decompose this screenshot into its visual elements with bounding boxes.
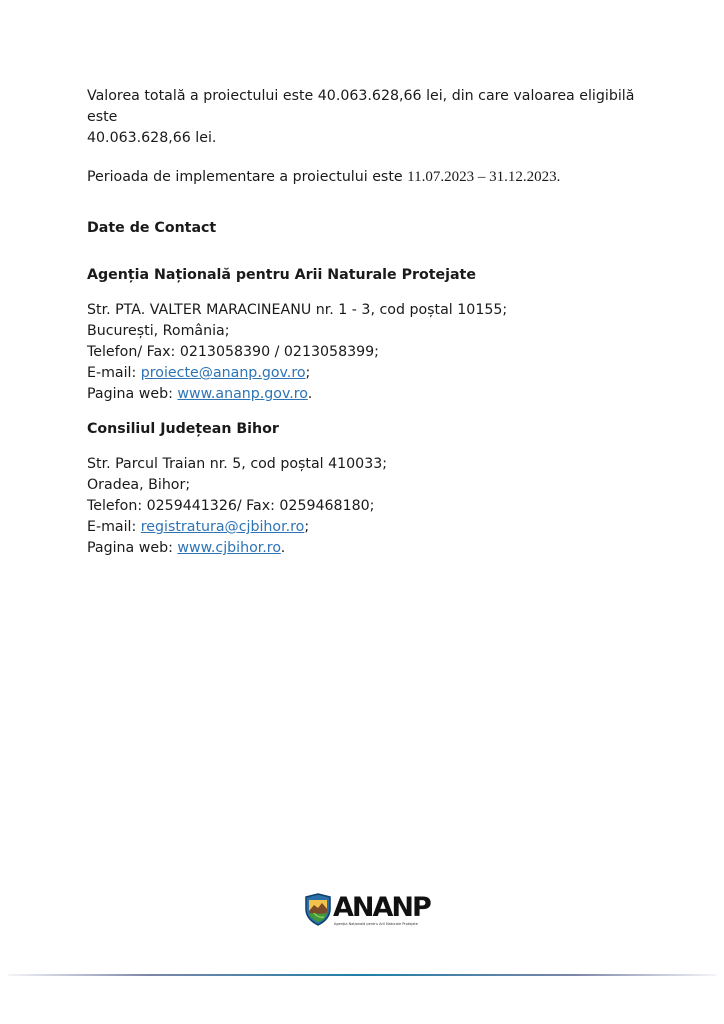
org-phone: Telefon: 0259441326/ Fax: 0259468180; <box>87 496 647 517</box>
email-link[interactable]: registratura@cjbihor.ro <box>141 519 305 535</box>
contact-block-cjbihor: Consiliul Județean Bihor Str. Parcul Tra… <box>87 419 647 559</box>
period-value: 11.07.2023 – 31.12.2023. <box>407 169 560 185</box>
web-link[interactable]: www.cjbihor.ro <box>177 540 280 556</box>
org-web-line: Pagina web: www.ananp.gov.ro. <box>87 384 647 405</box>
footer-divider <box>8 974 716 976</box>
contact-heading: Date de Contact <box>87 218 647 239</box>
contact-block-ananp: Agenția Națională pentru Arii Naturale P… <box>87 265 647 405</box>
org-address: Str. PTA. VALTER MARACINEANU nr. 1 - 3, … <box>87 300 647 321</box>
org-address: Str. Parcul Traian nr. 5, cod poștal 410… <box>87 454 647 475</box>
project-value-line1: Valorea totală a proiectului este 40.063… <box>87 86 647 128</box>
email-label: E-mail: <box>87 365 141 381</box>
org-city: Oradea, Bihor; <box>87 475 647 496</box>
email-label: E-mail: <box>87 519 141 535</box>
ananp-logo: ANANP Agenția Națională pentru Arii Natu… <box>304 893 424 929</box>
org-phone: Telefon/ Fax: 0213058390 / 0213058399; <box>87 342 647 363</box>
org-email-line: E-mail: proiecte@ananp.gov.ro; <box>87 363 647 384</box>
period-prefix: Perioada de implementare a proiectului e… <box>87 169 407 185</box>
logo-wordmark: ANANP <box>333 893 430 923</box>
org-web-line: Pagina web: www.cjbihor.ro. <box>87 538 647 559</box>
implementation-period: Perioada de implementare a proiectului e… <box>87 167 647 188</box>
org-name: Agenția Națională pentru Arii Naturale P… <box>87 265 647 286</box>
org-city: București, România; <box>87 321 647 342</box>
web-link[interactable]: www.ananp.gov.ro <box>177 386 307 402</box>
email-link[interactable]: proiecte@ananp.gov.ro <box>141 365 306 381</box>
shield-emblem-icon <box>304 893 332 926</box>
project-value-line2: 40.063.628,66 lei. <box>87 128 647 149</box>
web-label: Pagina web: <box>87 540 177 556</box>
org-email-line: E-mail: registratura@cjbihor.ro; <box>87 517 647 538</box>
logo-subtitle: Agenția Națională pentru Arii Naturale P… <box>334 922 418 926</box>
document-body: Valorea totală a proiectului este 40.063… <box>87 86 647 559</box>
web-label: Pagina web: <box>87 386 177 402</box>
org-name: Consiliul Județean Bihor <box>87 419 647 440</box>
